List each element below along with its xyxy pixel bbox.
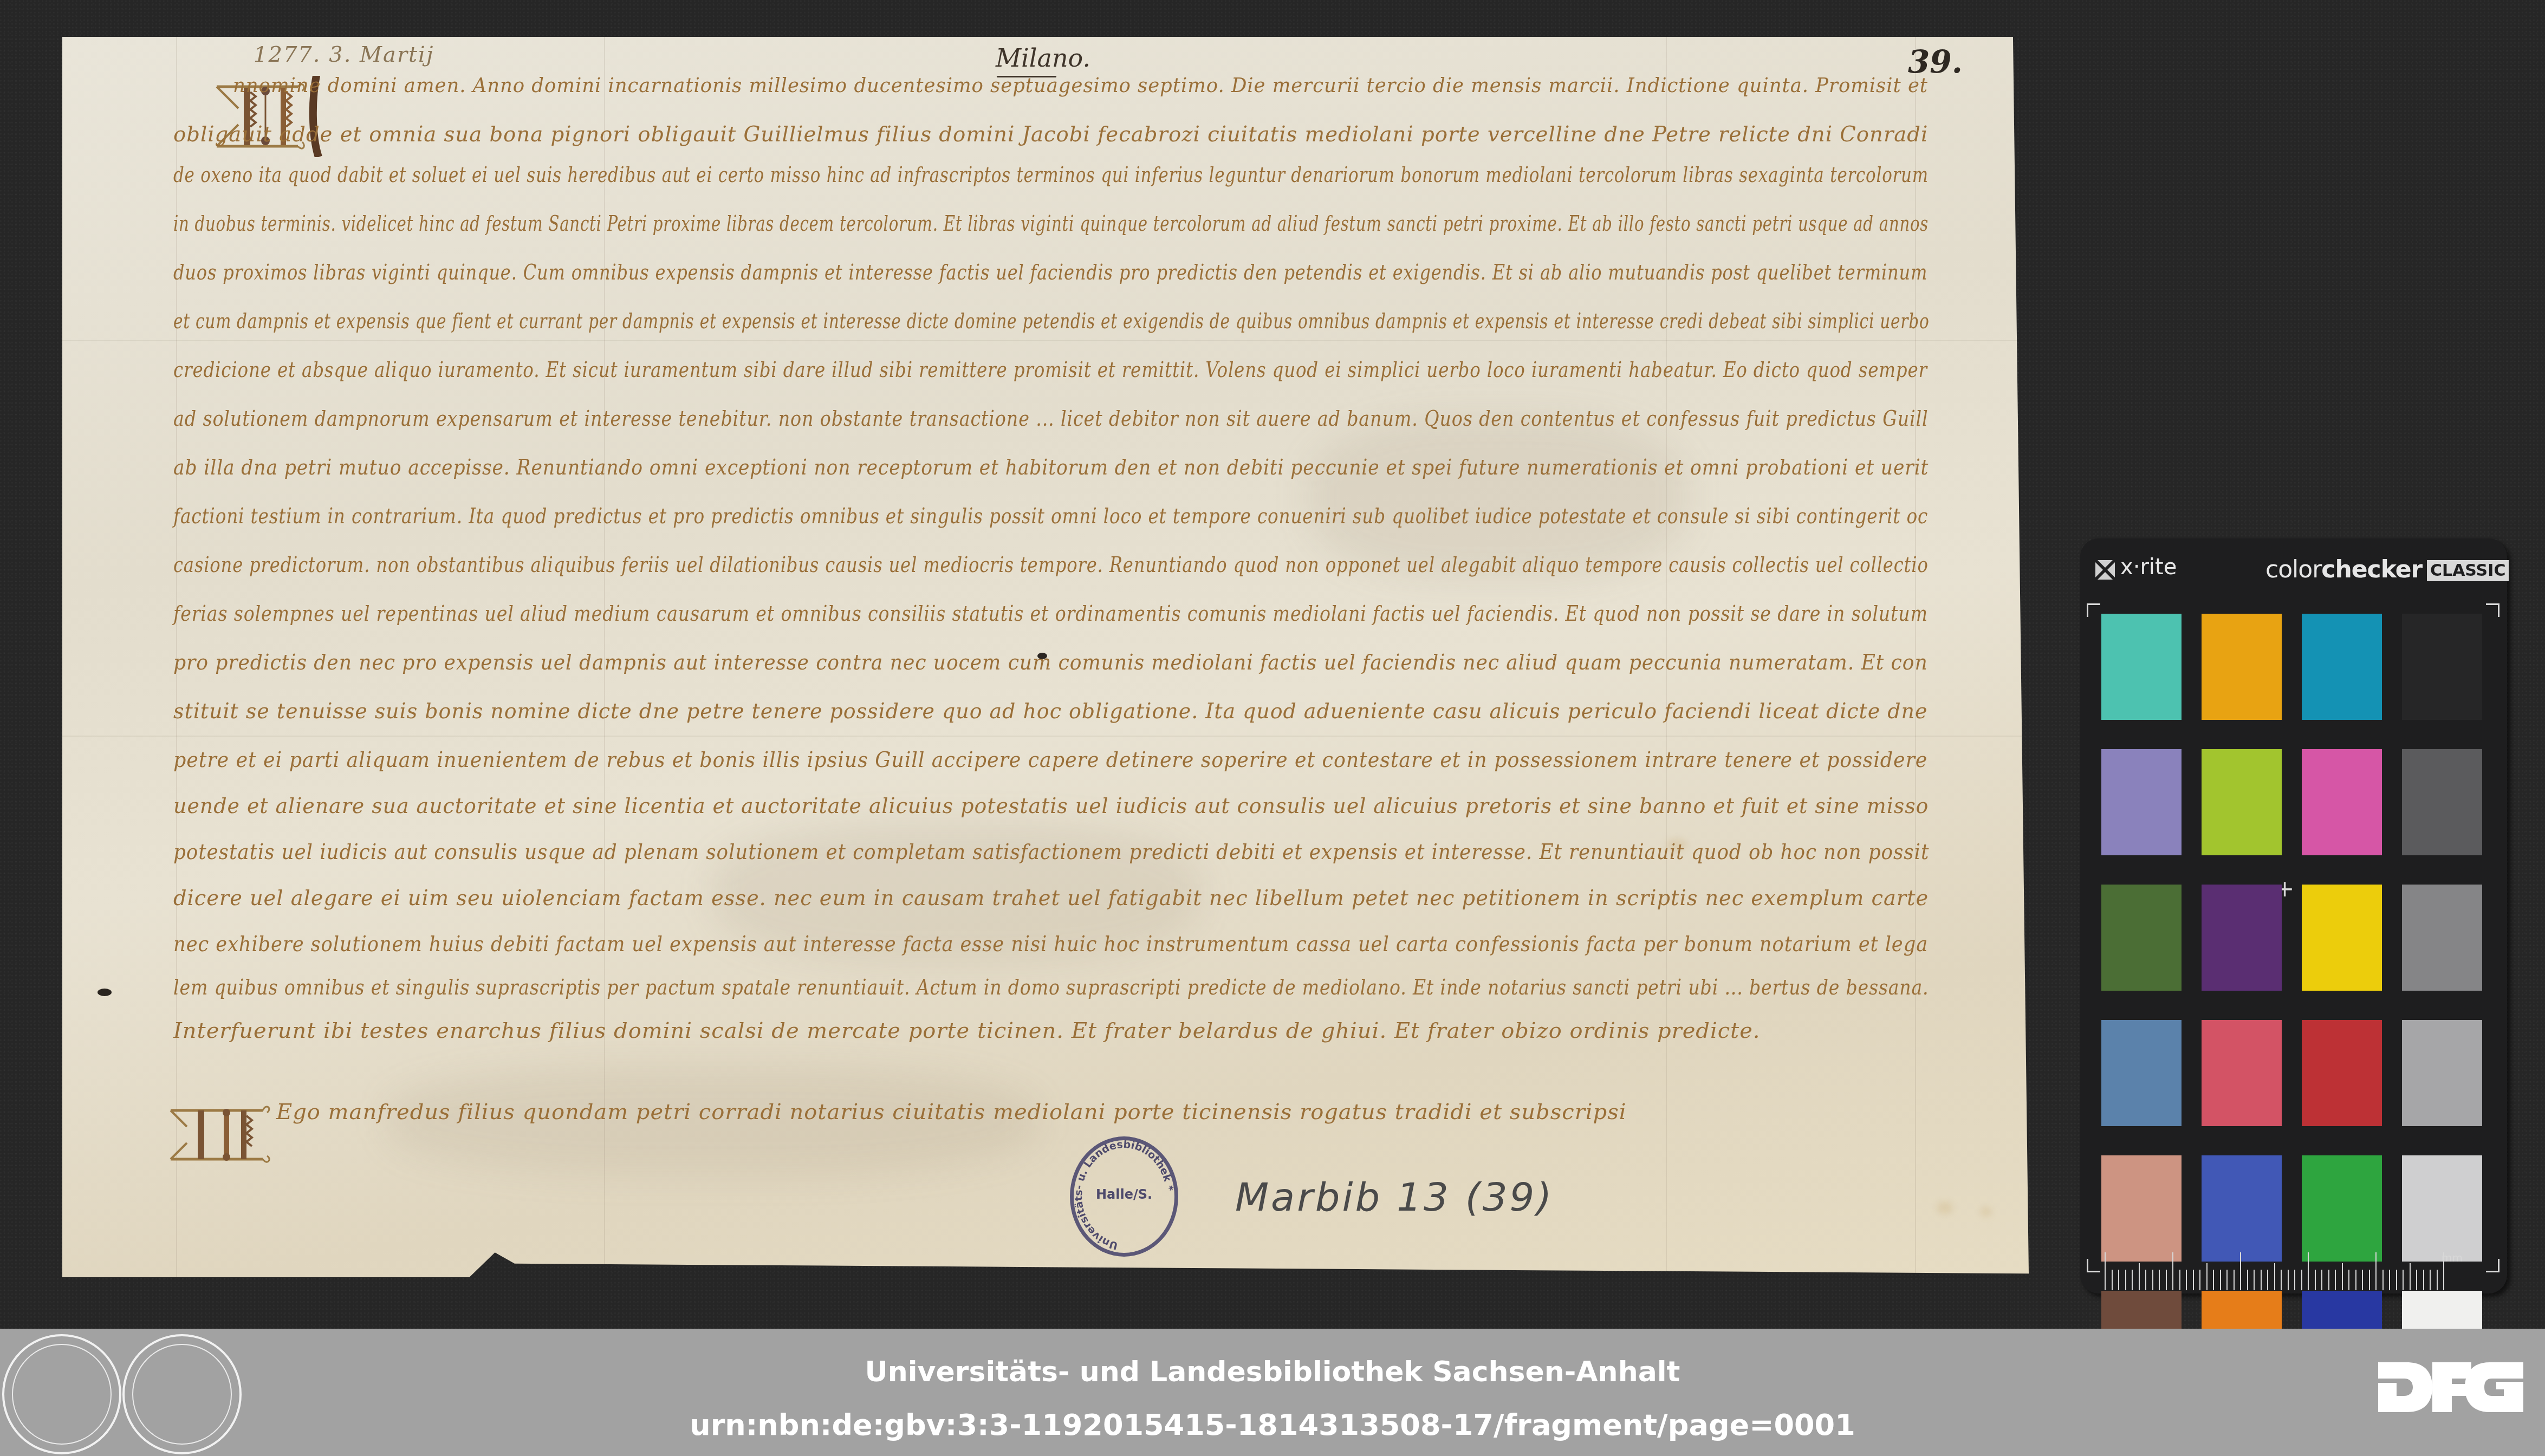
ruler-tick [2416, 1270, 2417, 1290]
charter-line: casione predictorum. non obstantibus ali… [173, 552, 1929, 577]
ruler-tick [2301, 1270, 2302, 1290]
dfg-logo-icon [2378, 1362, 2524, 1412]
ruler-tick [2172, 1252, 2173, 1290]
ruler-tick [2396, 1270, 2397, 1290]
ruler-tick [2348, 1270, 2349, 1290]
ruler-tick [2220, 1270, 2221, 1290]
library-footer: Universitäts- und Landesbibliothek Sachs… [0, 1329, 2545, 1456]
product-label-light: color [2265, 556, 2321, 583]
charter-line: Interfuerunt ibi testes enarchus filius … [173, 1018, 1761, 1043]
ruler-tick [2437, 1270, 2438, 1290]
ruler-tick [2382, 1270, 2384, 1290]
ruler-unit-label: mm [2442, 1251, 2463, 1264]
color-patch [2202, 885, 2282, 991]
ruler-tick [2261, 1270, 2262, 1290]
ruler-tick [2234, 1270, 2235, 1290]
ruler-tick [2389, 1270, 2390, 1290]
color-patch [2202, 1155, 2282, 1262]
mm-ruler [2105, 1252, 2451, 1290]
ruler-tick [2321, 1270, 2322, 1290]
ruler-tick [2355, 1270, 2356, 1290]
color-patch [2402, 1155, 2482, 1262]
ruler-tick [2403, 1270, 2404, 1290]
ruler-tick [2247, 1270, 2248, 1290]
notary-subscription: Ego manfredus filius quondam petri corra… [276, 1100, 1626, 1124]
crop-mark-icon [2087, 603, 2100, 617]
color-patch [2202, 1020, 2282, 1126]
ruler-tick [2179, 1270, 2180, 1290]
color-patch [2101, 614, 2182, 720]
charter-line: de oxeno ita quod dabit et soluet ei uel… [173, 162, 1929, 187]
charter-line: factioni testium in contrarium. Ita quod… [173, 504, 1928, 529]
charter-line: duos proximos libras viginti quinque. Cu… [173, 260, 1927, 285]
color-patch [2202, 614, 2282, 720]
product-label-bold: checker [2321, 556, 2422, 583]
color-checker-card: x·rite colorchecker CLASSIC + mm [2080, 538, 2507, 1293]
fold-line [62, 736, 2029, 737]
charter-line: in duobus terminis. videlicet hinc ad fe… [173, 211, 1929, 236]
charter-line: stituit se tenuisse suis bonis nomine di… [173, 699, 1927, 724]
charter-line: et cum dampnis et expensis que fient et … [173, 309, 1929, 334]
color-patch [2302, 1155, 2382, 1262]
ruler-tick [2118, 1270, 2119, 1290]
ruler-tick [2342, 1263, 2343, 1290]
ruler-tick [2423, 1270, 2424, 1290]
charter-line: obligauit adde et omnia sua bona pignori… [173, 122, 1928, 147]
shelfmark-annotation: Marbib 13 (39) [1235, 1174, 1554, 1220]
ruler-tick [2274, 1263, 2275, 1290]
fold-line [62, 340, 2029, 341]
color-patch [2302, 749, 2382, 855]
ruler-tick [2288, 1270, 2289, 1290]
notary-sign-icon [165, 1094, 284, 1170]
ink-blot [1037, 653, 1047, 659]
ruler-tick [2375, 1252, 2377, 1290]
color-patch [2302, 885, 2382, 991]
ruler-tick [2362, 1270, 2363, 1290]
charter-line: potestatis uel iudicis aut consulis usqu… [173, 840, 1929, 864]
product-label: colorchecker [2265, 556, 2422, 583]
crop-mark-icon [2486, 603, 2499, 617]
ruler-tick [2308, 1252, 2309, 1290]
color-patch [2402, 1020, 2482, 1126]
ruler-tick [2430, 1270, 2431, 1290]
ruler-tick [2294, 1270, 2295, 1290]
library-stamp: Universitäts- u. Landesbibliothek * Hall… [1070, 1136, 1178, 1257]
crop-mark-icon [2087, 1259, 2100, 1272]
ruler-tick [2159, 1270, 2160, 1290]
stain [1937, 1201, 1953, 1214]
color-patch [2101, 1020, 2182, 1126]
ruler-tick [2186, 1270, 2187, 1290]
charter-line: ad solutionem dampnorum expensarum et in… [173, 406, 1929, 431]
color-patch [2101, 1155, 2182, 1262]
ruler-tick [2213, 1270, 2214, 1290]
ruler-tick [2369, 1270, 2370, 1290]
charter-line: ab illa dna petri mutuo accepisse. Renun… [173, 455, 1929, 480]
color-patch [2402, 749, 2482, 855]
color-patch [2402, 885, 2482, 991]
charter-line: ferias solempnes uel repentinas uel aliu… [173, 601, 1928, 626]
color-patch [2302, 614, 2382, 720]
charter-line: pro predictis den nec pro expensis uel d… [173, 650, 1928, 675]
charter-line: petre et ei parti aliquam inuenientem de… [173, 747, 1927, 772]
ruler-tick [2193, 1270, 2194, 1290]
ruler-tick [2315, 1270, 2316, 1290]
ruler-tick [2105, 1252, 2106, 1290]
xrite-logo-icon [2093, 558, 2117, 582]
classic-badge: CLASSIC [2427, 560, 2509, 581]
color-patch [2101, 749, 2182, 855]
ruler-tick [2145, 1270, 2146, 1290]
color-patch [2402, 614, 2482, 720]
color-patch [2101, 885, 2182, 991]
ruler-tick [2226, 1270, 2228, 1290]
ruler-tick [2112, 1270, 2113, 1290]
ruler-tick [2132, 1270, 2133, 1290]
institution-name: Universitäts- und Landesbibliothek Sachs… [0, 1356, 2545, 1388]
charter-line: nnomine domini amen. Anno domini incarna… [233, 73, 1928, 97]
ruler-tick [2328, 1270, 2329, 1290]
ruler-tick [2267, 1270, 2268, 1290]
stamp-city: Halle/S. [1074, 1187, 1174, 1202]
ruler-tick [2125, 1270, 2126, 1290]
ruler-tick [2206, 1263, 2208, 1290]
charter-line: credicione et absque aliquo iuramento. E… [173, 357, 1927, 382]
date-annotation: 1277. 3. Martij [254, 42, 434, 67]
ruler-tick [2254, 1270, 2255, 1290]
ink-blot [98, 989, 112, 996]
charter-line: dicere uel alegare ei uim seu uiolenciam… [173, 886, 1929, 911]
ruler-tick [2335, 1270, 2336, 1290]
place-annotation: Milano. [996, 43, 1090, 73]
charter-line: nec exhibere solutionem huius debiti fac… [173, 932, 1928, 957]
ruler-tick [2139, 1263, 2140, 1290]
crop-mark-icon [2486, 1259, 2499, 1272]
color-patch [2202, 749, 2282, 855]
urn-identifier[interactable]: urn:nbn:de:gbv:3:3-1192015415-1814313508… [0, 1408, 2545, 1442]
ruler-tick [2240, 1252, 2241, 1290]
stain [1980, 1207, 1992, 1217]
ruler-tick [2152, 1270, 2153, 1290]
ruler-tick [2199, 1270, 2200, 1290]
color-patch [2302, 1020, 2382, 1126]
ruler-tick [2410, 1263, 2411, 1290]
charter-line: lem quibus omnibus et singulis suprascri… [173, 975, 1929, 1000]
ruler-tick [2166, 1270, 2167, 1290]
ruler-tick [2281, 1270, 2282, 1290]
charter-line: uende et alienare sua auctoritate et sin… [173, 794, 1929, 818]
brand-label: x·rite [2120, 555, 2177, 580]
